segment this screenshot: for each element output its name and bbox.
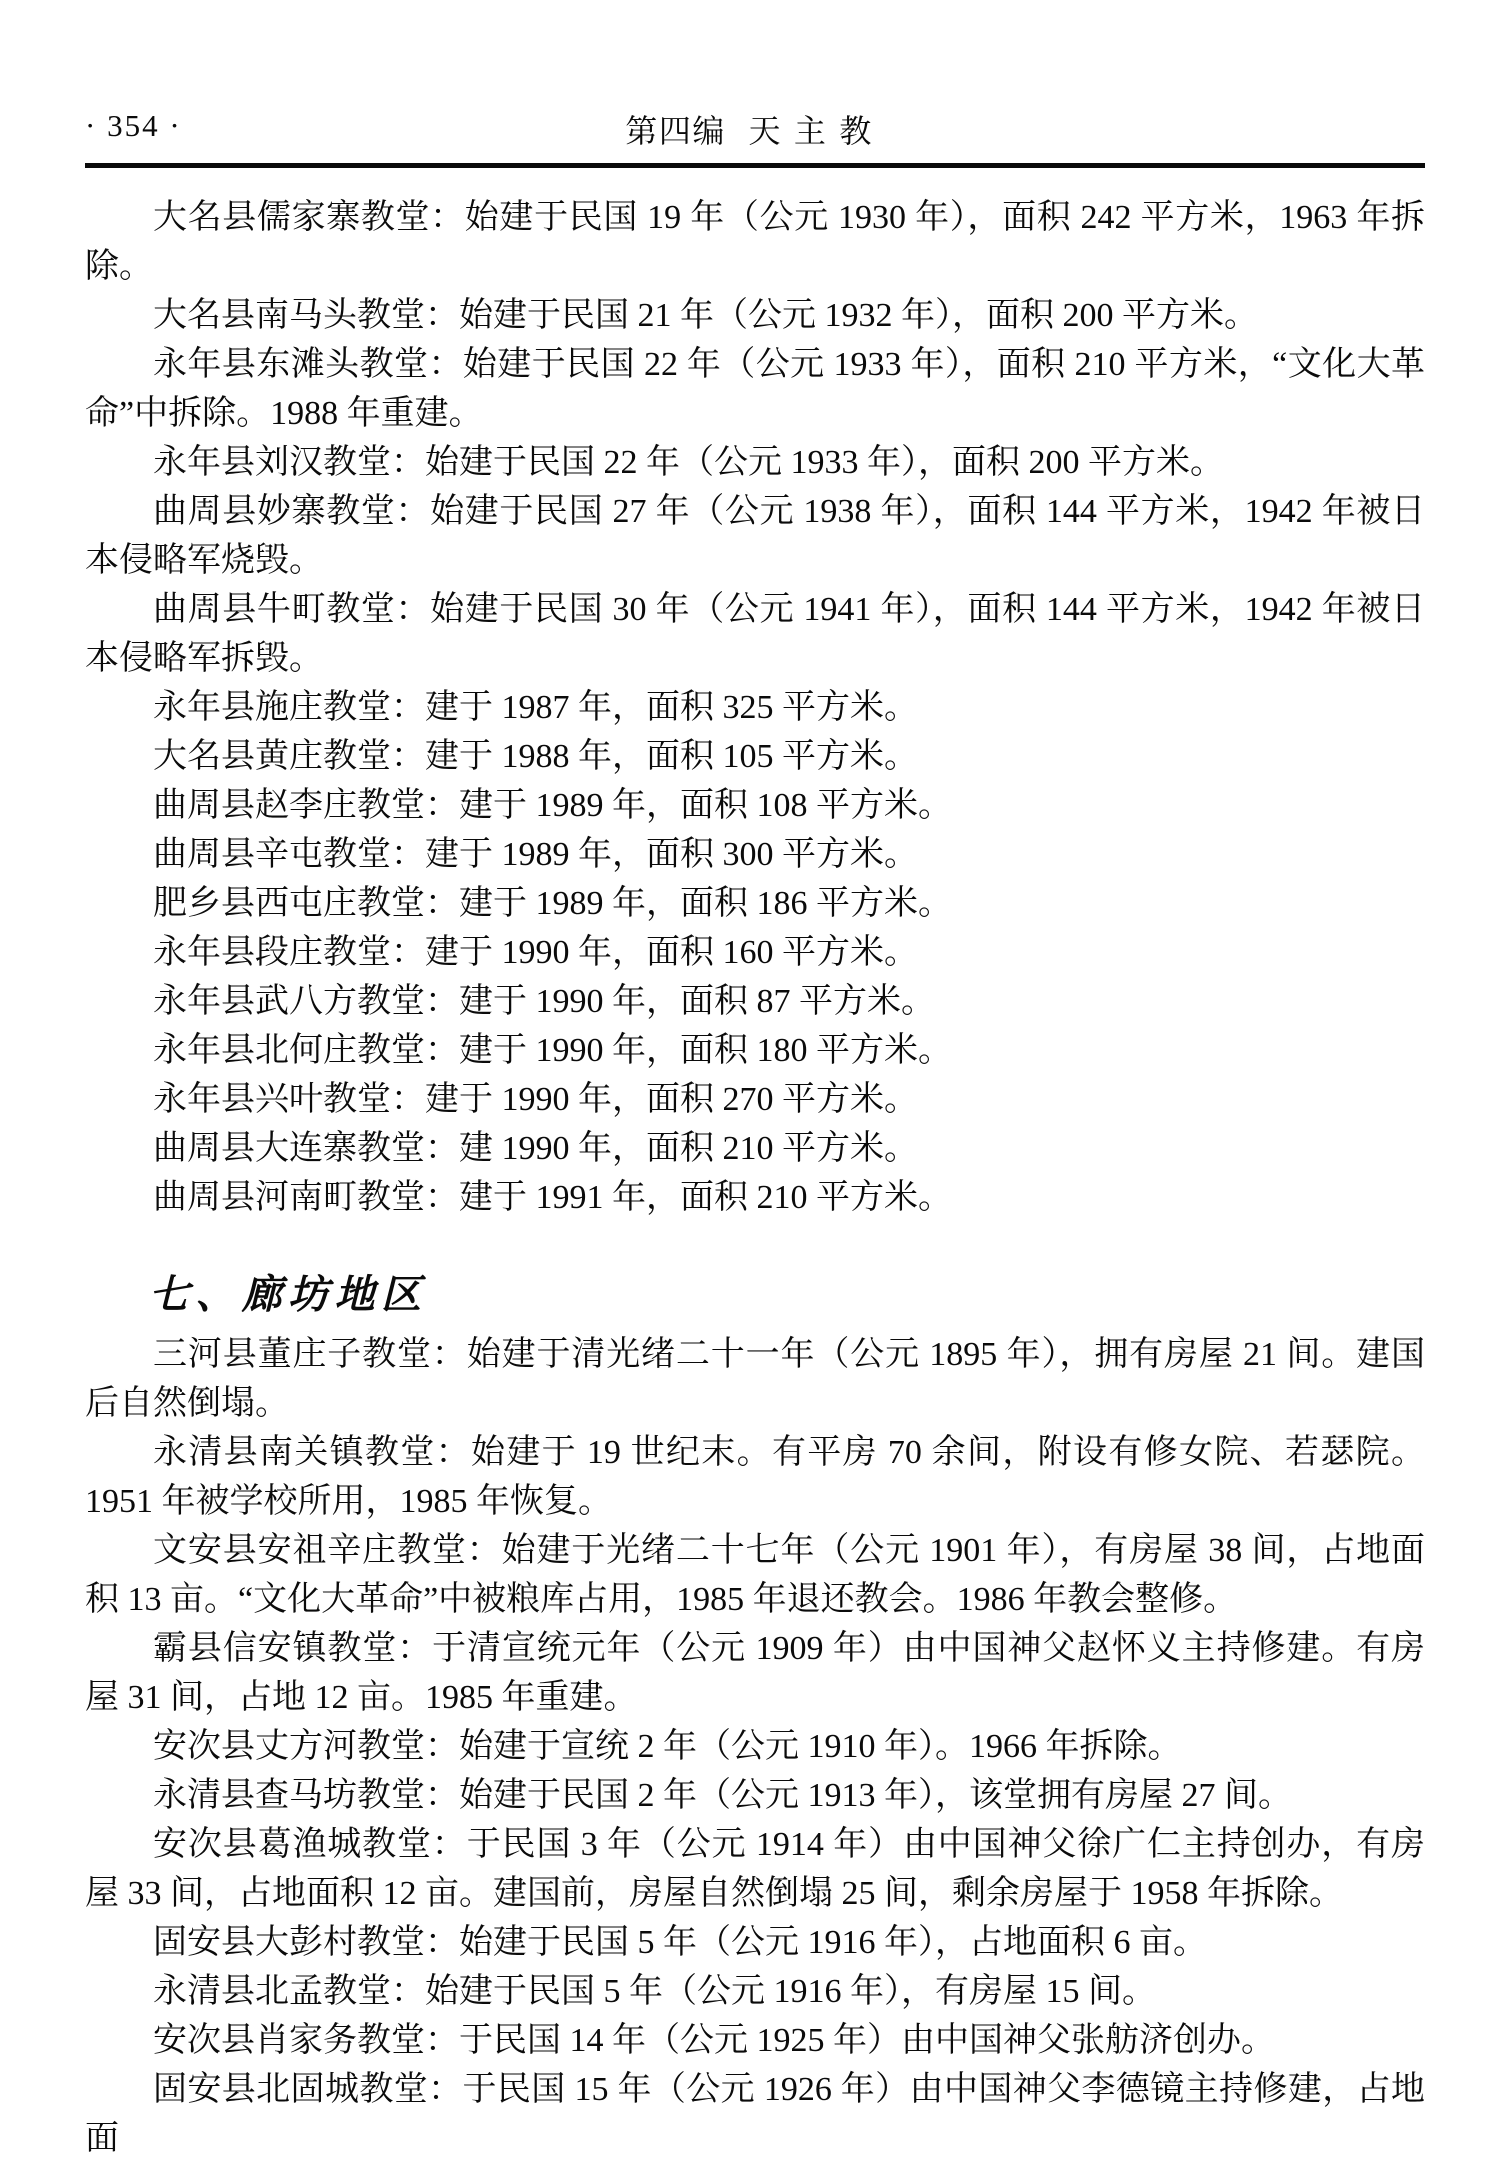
paragraph: 曲周县妙寨教堂：始建于民国 27 年（公元 1938 年），面积 144 平方米… bbox=[85, 487, 1425, 585]
paragraph: 永年县东滩头教堂：始建于民国 22 年（公元 1933 年），面积 210 平方… bbox=[85, 340, 1425, 438]
running-head-title: 第四编 天主教 bbox=[625, 106, 885, 152]
section-heading: 七、廊坊地区 bbox=[85, 1270, 1425, 1320]
document-page: · 354 · 第四编 天主教 大名县儒家寨教堂：始建于民国 19 年（公元 1… bbox=[0, 0, 1500, 2171]
paragraph: 曲周县赵李庄教堂：建于 1989 年，面积 108 平方米。 bbox=[85, 781, 1425, 830]
paragraph: 曲周县河南町教堂：建于 1991 年，面积 210 平方米。 bbox=[85, 1173, 1425, 1222]
paragraph: 永年县兴叶教堂：建于 1990 年，面积 270 平方米。 bbox=[85, 1075, 1425, 1124]
paragraph: 永清县北孟教堂：始建于民国 5 年（公元 1916 年），有房屋 15 间。 bbox=[85, 1967, 1425, 2016]
paragraph: 永清县南关镇教堂：始建于 19 世纪末。有平房 70 余间，附设有修女院、若瑟院… bbox=[85, 1428, 1425, 1526]
paragraph: 永年县施庄教堂：建于 1987 年，面积 325 平方米。 bbox=[85, 683, 1425, 732]
paragraph: 曲周县大连寨教堂：建 1990 年，面积 210 平方米。 bbox=[85, 1124, 1425, 1173]
paragraph: 永年县北何庄教堂：建于 1990 年，面积 180 平方米。 bbox=[85, 1026, 1425, 1075]
paragraph: 固安县北固城教堂：于民国 15 年（公元 1926 年）由中国神父李德镜主持修建… bbox=[85, 2065, 1425, 2163]
paragraph: 大名县南马头教堂：始建于民国 21 年（公元 1932 年），面积 200 平方… bbox=[85, 291, 1425, 340]
paragraph: 固安县大彭村教堂：始建于民国 5 年（公元 1916 年），占地面积 6 亩。 bbox=[85, 1918, 1425, 1967]
paragraph: 曲周县牛町教堂：始建于民国 30 年（公元 1941 年），面积 144 平方米… bbox=[85, 585, 1425, 683]
running-head: · 354 · 第四编 天主教 bbox=[85, 106, 1425, 168]
paragraph: 永年县武八方教堂：建于 1990 年，面积 87 平方米。 bbox=[85, 977, 1425, 1026]
running-head-part: 第四编 bbox=[625, 113, 726, 149]
paragraph: 三河县董庄子教堂：始建于清光绪二十一年（公元 1895 年），拥有房屋 21 间… bbox=[85, 1330, 1425, 1428]
paragraph: 霸县信安镇教堂：于清宣统元年（公元 1909 年）由中国神父赵怀义主持修建。有房… bbox=[85, 1624, 1425, 1722]
paragraph: 永年县刘汉教堂：始建于民国 22 年（公元 1933 年），面积 200 平方米… bbox=[85, 438, 1425, 487]
paragraph: 曲周县辛屯教堂：建于 1989 年，面积 300 平方米。 bbox=[85, 830, 1425, 879]
page-body: 大名县儒家寨教堂：始建于民国 19 年（公元 1930 年），面积 242 平方… bbox=[85, 193, 1425, 2163]
paragraph: 大名县儒家寨教堂：始建于民国 19 年（公元 1930 年），面积 242 平方… bbox=[85, 193, 1425, 291]
paragraph: 安次县葛渔城教堂：于民国 3 年（公元 1914 年）由中国神父徐广仁主持创办，… bbox=[85, 1820, 1425, 1918]
paragraph: 安次县肖家务教堂：于民国 14 年（公元 1925 年）由中国神父张舫济创办。 bbox=[85, 2016, 1425, 2065]
paragraph: 永年县段庄教堂：建于 1990 年，面积 160 平方米。 bbox=[85, 928, 1425, 977]
paragraph: 大名县黄庄教堂：建于 1988 年，面积 105 平方米。 bbox=[85, 732, 1425, 781]
page-number: · 354 · bbox=[85, 108, 182, 144]
paragraph: 文安县安祖辛庄教堂：始建于光绪二十七年（公元 1901 年），有房屋 38 间，… bbox=[85, 1526, 1425, 1624]
paragraph: 肥乡县西屯庄教堂：建于 1989 年，面积 186 平方米。 bbox=[85, 879, 1425, 928]
paragraph: 永清县查马坊教堂：始建于民国 2 年（公元 1913 年），该堂拥有房屋 27 … bbox=[85, 1771, 1425, 1820]
running-head-subject: 天主教 bbox=[748, 113, 884, 149]
paragraph: 安次县丈方河教堂：始建于宣统 2 年（公元 1910 年）。1966 年拆除。 bbox=[85, 1722, 1425, 1771]
